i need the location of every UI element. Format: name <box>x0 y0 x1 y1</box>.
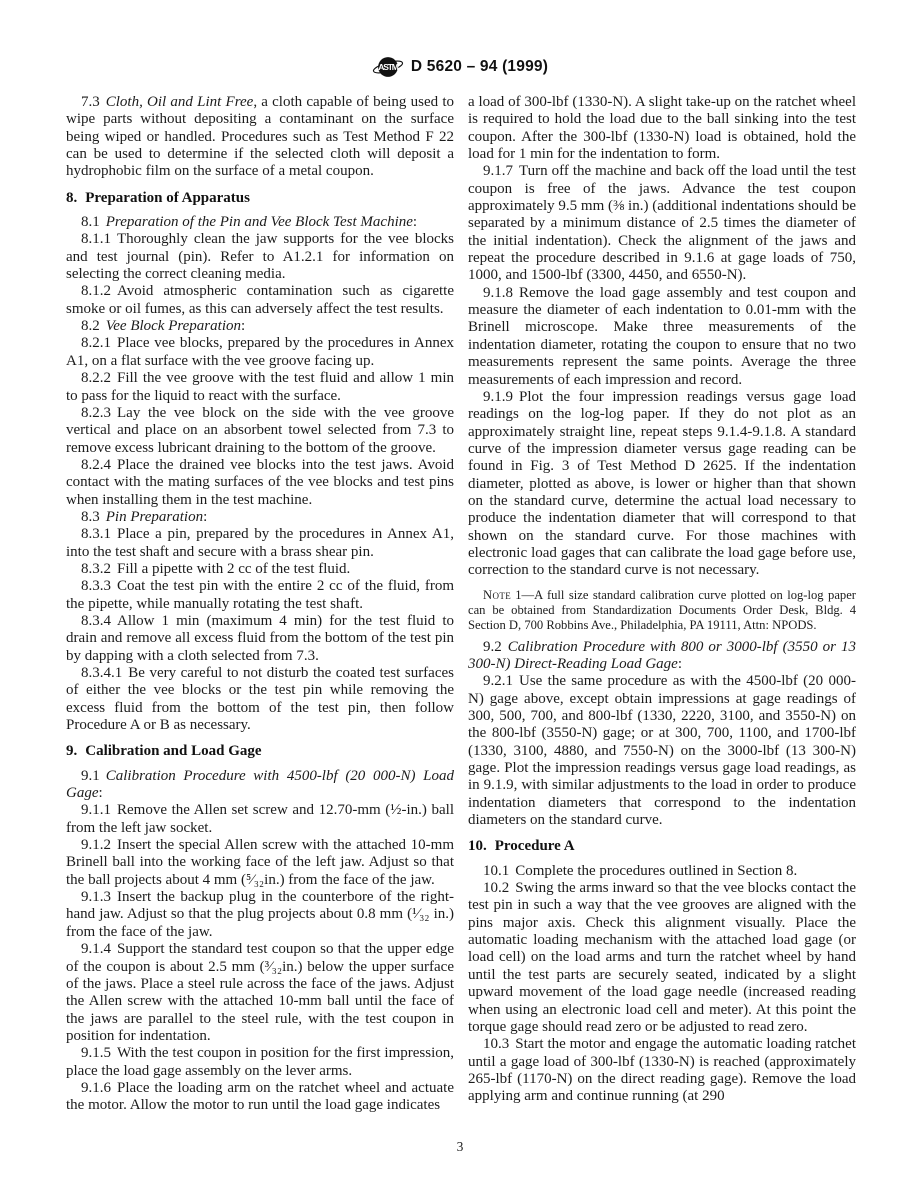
doc-title: D 5620 – 94 (1999) <box>411 58 548 76</box>
document-page: ASTM D 5620 – 94 (1999) 7.3Cloth, Oil an… <box>0 0 920 1191</box>
paragraph: 8.2.3Lay the vee block on the side with … <box>66 405 454 457</box>
section-heading: 10.Procedure A <box>468 838 856 855</box>
paragraph: 9.2Calibration Procedure with 800 or 300… <box>468 639 856 674</box>
paragraph: 8.3.1Place a pin, prepared by the proced… <box>66 526 454 561</box>
paragraph: 9.2.1Use the same procedure as with the … <box>468 673 856 829</box>
paragraph: 8.2.2Fill the vee groove with the test f… <box>66 370 454 405</box>
paragraph: 8.1Preparation of the Pin and Vee Block … <box>66 214 454 231</box>
paragraph: 10.1Complete the procedures outlined in … <box>468 863 856 880</box>
paragraph: 8.3.4Allow 1 min (maximum 4 min) for the… <box>66 613 454 665</box>
paragraph: 9.1.5With the test coupon in position fo… <box>66 1045 454 1080</box>
paragraph: 9.1.8Remove the load gage assembly and t… <box>468 285 856 389</box>
paragraph: 8.3.3Coat the test pin with the entire 2… <box>66 578 454 613</box>
left-column: 7.3Cloth, Oil and Lint Free, a cloth cap… <box>66 94 454 1115</box>
paragraph: 9.1Calibration Procedure with 4500-lbf (… <box>66 768 454 803</box>
paragraph: 9.1.3Insert the backup plug in the count… <box>66 889 454 941</box>
paragraph: 10.3Start the motor and engage the autom… <box>468 1036 856 1105</box>
paragraph: 9.1.1Remove the Allen set screw and 12.7… <box>66 802 454 837</box>
paragraph: 8.3Pin Preparation: <box>66 509 454 526</box>
paragraph: a load of 300-lbf (1330-N). A slight tak… <box>468 94 856 163</box>
paragraph: 8.1.1Thoroughly clean the jaw supports f… <box>66 231 454 283</box>
paragraph: 8.2.4Place the drained vee blocks into t… <box>66 457 454 509</box>
note: Note1—A full size standard calibration c… <box>468 588 856 633</box>
paragraph: 9.1.4Support the standard test coupon so… <box>66 941 454 1045</box>
astm-logo-icon: ASTM <box>372 54 404 80</box>
right-column: a load of 300-lbf (1330-N). A slight tak… <box>468 94 856 1115</box>
paragraph: 8.2.1Place vee blocks, prepared by the p… <box>66 335 454 370</box>
paragraph: 9.1.9Plot the four impression readings v… <box>468 389 856 580</box>
document-header: ASTM D 5620 – 94 (1999) <box>0 54 920 80</box>
paragraph: 10.2Swing the arms inward so that the ve… <box>468 880 856 1036</box>
paragraph: 8.3.4.1Be very careful to not disturb th… <box>66 665 454 734</box>
paragraph: 9.1.6Place the loading arm on the ratche… <box>66 1080 454 1115</box>
paragraph: 8.2Vee Block Preparation: <box>66 318 454 335</box>
section-heading: 8.Preparation of Apparatus <box>66 190 454 207</box>
section-heading: 9.Calibration and Load Gage <box>66 743 454 760</box>
paragraph: 9.1.2Insert the special Allen screw with… <box>66 837 454 889</box>
two-column-text: 7.3Cloth, Oil and Lint Free, a cloth cap… <box>66 94 856 1115</box>
paragraph: 7.3Cloth, Oil and Lint Free, a cloth cap… <box>66 94 454 181</box>
paragraph: 8.1.2Avoid atmospheric contamination suc… <box>66 283 454 318</box>
page-number: 3 <box>0 1139 920 1155</box>
paragraph: 9.1.7Turn off the machine and back off t… <box>468 163 856 284</box>
svg-text:ASTM: ASTM <box>378 62 399 72</box>
paragraph: 8.3.2Fill a pipette with 2 cc of the tes… <box>66 561 454 578</box>
